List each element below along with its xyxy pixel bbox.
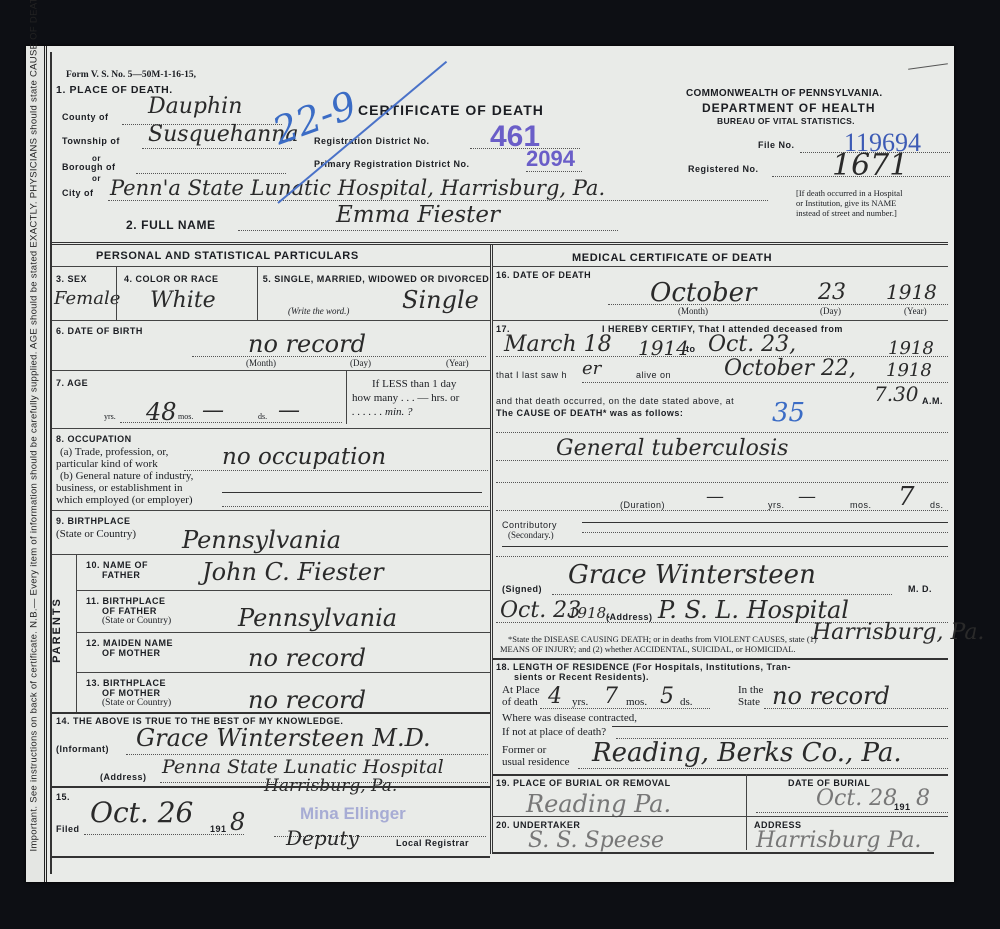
burial-year-prefix: 191 xyxy=(894,802,911,812)
dod-year: 1918 xyxy=(886,280,937,304)
race-value: White xyxy=(150,288,216,313)
duration-months: — xyxy=(798,486,816,507)
residence-days: 5 xyxy=(660,684,674,709)
burial-year: 8 xyxy=(916,786,930,811)
contracted-label: Where was disease contracted, xyxy=(502,712,637,724)
burial-date-value: Oct. 28 xyxy=(816,786,897,811)
corner-pencil-mark xyxy=(908,63,948,70)
duration-years: — xyxy=(706,486,724,507)
occupation-a-text: (a) Trade, profession, or, xyxy=(60,446,168,458)
commonwealth-heading: COMMONWEALTH OF PENNSYLVANIA. xyxy=(686,88,882,99)
less-than-day-text: If LESS than 1 day xyxy=(372,378,456,390)
father-name-label: FATHER xyxy=(102,570,140,580)
birthplace-hint: (State or Country) xyxy=(56,528,136,540)
less-than-day-text: how many . . . — hrs. or xyxy=(352,392,459,404)
in-state-value: no record xyxy=(772,682,890,710)
marital-label: 5. SINGLE, MARRIED, WIDOWED OR DIVORCED xyxy=(262,274,490,284)
last-saw-year: 1918 xyxy=(886,360,932,381)
month-caption: (Month) xyxy=(678,306,708,316)
informant-value: Grace Wintersteen M.D. xyxy=(136,724,431,752)
last-saw-date: October 22, xyxy=(724,356,856,381)
registration-district-label: Registration District No. xyxy=(314,136,430,146)
father-birthplace-hint: (State or Country) xyxy=(102,616,171,626)
footnote-line2: MEANS OF INJURY; and (2) whether ACCIDEN… xyxy=(500,644,796,654)
residence-months: 7 xyxy=(604,684,618,709)
registered-no-label: Registered No. xyxy=(688,164,759,174)
mos-caption: mos. xyxy=(626,696,647,708)
last-saw-pronoun: er xyxy=(582,358,601,379)
city-label: City of xyxy=(62,188,94,198)
informant-address-label: (Address) xyxy=(100,772,147,782)
filed-year: 8 xyxy=(230,808,245,836)
mother-name-label: 12. MAIDEN NAME xyxy=(86,638,173,648)
father-birthplace-label: 11. BIRTHPLACE xyxy=(86,596,166,606)
footnote-line1: *State the DISEASE CAUSING DEATH; or in … xyxy=(508,634,817,644)
occupation-dash-line xyxy=(222,492,482,493)
birthplace-value: Pennsylvania xyxy=(182,526,341,554)
informant-address-line1: Penna State Lunatic Hospital xyxy=(162,756,444,778)
less-than-day-text: . . . . . . min. ? xyxy=(352,406,413,418)
age-years: 48 xyxy=(146,398,177,426)
father-birthplace-label: OF FATHER xyxy=(102,606,157,616)
residence-heading: 18. LENGTH OF RESIDENCE (For Hospitals, … xyxy=(496,662,791,672)
last-saw-text: alive on xyxy=(636,370,671,380)
duration-days: 7 xyxy=(898,482,915,512)
cause-code: 35 xyxy=(772,398,805,428)
margin-instructions: Important. See instructions on back of c… xyxy=(29,52,40,852)
borough-label: Borough of xyxy=(62,162,116,172)
death-time: 7.30 xyxy=(874,382,919,406)
mother-birthplace-value: no record xyxy=(248,686,366,714)
md-label: M. D. xyxy=(908,584,932,594)
occupation-a-text: particular kind of work xyxy=(56,458,158,470)
at-place-label: of death xyxy=(502,696,538,708)
yrs-caption: yrs. xyxy=(768,500,785,510)
registrar-stamp: Mina Ellinger xyxy=(300,804,406,824)
ds-caption: ds. xyxy=(258,412,267,421)
personal-heading: PERSONAL AND STATISTICAL PARTICULARS xyxy=(96,250,359,262)
day-caption: (Day) xyxy=(820,306,841,316)
dob-label: 6. DATE OF BIRTH xyxy=(56,326,143,336)
cause-of-death: General tuberculosis xyxy=(556,436,788,461)
attended-from-year: 1914 xyxy=(638,336,689,360)
undertaker-value: S. S. Speese xyxy=(528,828,664,853)
informant-label: (Informant) xyxy=(56,744,109,754)
yrs-caption: yrs. xyxy=(104,412,116,421)
last-saw-text: that I last saw h xyxy=(496,370,567,380)
age-months: — xyxy=(202,398,224,423)
county-value: Dauphin xyxy=(148,94,242,119)
birthplace-label: 9. BIRTHPLACE xyxy=(56,516,131,526)
contributory-label: Contributory xyxy=(502,520,557,530)
year-caption: (Year) xyxy=(446,358,469,368)
contracted-dash xyxy=(612,726,948,727)
marital-hint: (Write the word.) xyxy=(288,306,349,316)
day-caption: (Day) xyxy=(350,358,371,368)
age-label: 7. AGE xyxy=(56,378,88,388)
father-birthplace-value: Pennsylvania xyxy=(238,604,397,632)
registered-number: 1671 xyxy=(832,148,908,183)
residence-heading: sients or Recent Residents). xyxy=(514,672,649,682)
or-label: or xyxy=(92,174,101,183)
full-name-label: 2. FULL NAME xyxy=(126,218,216,232)
ds-caption: ds. xyxy=(930,500,944,510)
file-no-label: File No. xyxy=(758,140,795,150)
dod-month: October xyxy=(650,278,756,308)
bureau-heading: BUREAU OF VITAL STATISTICS. xyxy=(717,116,855,126)
dod-label: 16. DATE OF DEATH xyxy=(496,270,591,280)
father-name-label: 10. NAME OF xyxy=(86,560,148,570)
certificate-frame: Form V. S. No. 5—50M-1-16-15, 1. PLACE O… xyxy=(50,52,948,874)
filed-label: Filed xyxy=(56,824,80,834)
signed-year: 1918. xyxy=(568,604,611,622)
form-number: Form V. S. No. 5—50M-1-16-15, xyxy=(66,70,196,80)
attended-from: March 18 xyxy=(504,332,612,357)
filed-year-prefix: 191 xyxy=(210,824,227,834)
parents-label: PARENTS xyxy=(51,597,63,663)
occupation-b-text: (b) General nature of industry, xyxy=(60,470,193,482)
mos-caption: mos. xyxy=(178,412,193,421)
secondary-label: (Secondary.) xyxy=(508,530,554,540)
cause-label: The CAUSE OF DEATH* was as follows: xyxy=(496,408,683,418)
father-name-value: John C. Fiester xyxy=(202,558,384,586)
primary-district-label: Primary Registration District No. xyxy=(314,159,470,169)
signer-address-line2: Harrisburg, Pa. xyxy=(812,620,984,645)
mother-name-label: OF MOTHER xyxy=(102,648,161,658)
filed-number: 15. xyxy=(56,792,70,802)
signed-label: (Signed) xyxy=(502,584,542,594)
year-caption: (Year) xyxy=(904,306,927,316)
attended-to: Oct. 23, xyxy=(708,332,796,357)
department-heading: DEPARTMENT OF HEALTH xyxy=(702,101,876,115)
sex-value: Female xyxy=(54,288,120,309)
filed-date: Oct. 26 xyxy=(90,796,193,829)
former-residence-label: usual residence xyxy=(502,756,570,768)
dob-value: no record xyxy=(248,330,366,358)
burial-place-value: Reading Pa. xyxy=(526,790,671,818)
city-value: Penn'a State Lunatic Hospital, Harrisbur… xyxy=(110,176,605,200)
duration-label: (Duration) xyxy=(620,500,665,510)
to-label: to xyxy=(686,344,696,354)
occupation-b-text: business, or establishment in xyxy=(56,482,183,494)
mother-birthplace-label: OF MOTHER xyxy=(102,688,161,698)
attended-to-year: 1918 xyxy=(888,338,934,359)
burial-place-label: 19. PLACE OF BURIAL OR REMOVAL xyxy=(496,778,671,788)
left-margin-strip: Important. See instructions on back of c… xyxy=(26,46,47,882)
institution-note: [If death occurred in a Hospital or Inst… xyxy=(796,188,906,218)
duration-dash xyxy=(502,546,948,547)
signer-address-label: (Address) xyxy=(606,612,653,622)
township-label: Township of xyxy=(62,136,120,146)
yrs-caption: yrs. xyxy=(572,696,588,708)
occupation-b-text: which employed (or employer) xyxy=(56,494,193,506)
at-place-label: At Place xyxy=(502,684,540,696)
marital-value: Single xyxy=(402,286,479,314)
residence-years: 4 xyxy=(548,684,562,709)
mother-name-value: no record xyxy=(248,644,366,672)
primary-district-stamp: 2094 xyxy=(526,146,575,172)
death-certificate: Important. See instructions on back of c… xyxy=(26,46,954,882)
former-residence-label: Former or xyxy=(502,744,546,756)
in-state-label: State xyxy=(738,696,760,708)
month-caption: (Month) xyxy=(246,358,276,368)
in-state-label: In the xyxy=(738,684,763,696)
physician-signature: Grace Wintersteen xyxy=(568,560,816,590)
county-label: County of xyxy=(62,112,109,122)
dod-day: 23 xyxy=(818,280,846,305)
race-label: 4. COLOR OR RACE xyxy=(124,274,219,284)
am-pm: A.M. xyxy=(922,396,943,406)
medical-heading: MEDICAL CERTIFICATE OF DEATH xyxy=(572,252,772,264)
mos-caption: mos. xyxy=(850,500,872,510)
registrar-signature: Deputy xyxy=(286,826,359,850)
occupation-value: no occupation xyxy=(222,444,386,470)
age-days: — xyxy=(278,398,300,423)
mother-birthplace-hint: (State or Country) xyxy=(102,698,171,708)
sex-label: 3. SEX xyxy=(56,274,87,284)
contracted-label: If not at place of death? xyxy=(502,726,606,738)
former-residence-value: Reading, Berks Co., Pa. xyxy=(592,738,902,768)
contributory-dash xyxy=(582,522,948,523)
full-name-value: Emma Fiester xyxy=(336,202,500,228)
registrar-label: Local Registrar xyxy=(396,838,469,848)
occupation-label: 8. OCCUPATION xyxy=(56,434,132,444)
undertaker-address-value: Harrisburg Pa. xyxy=(756,828,921,853)
death-occurred-text: and that death occurred, on the date sta… xyxy=(496,396,734,406)
mother-birthplace-label: 13. BIRTHPLACE xyxy=(86,678,166,688)
ds-caption: ds. xyxy=(680,696,693,708)
